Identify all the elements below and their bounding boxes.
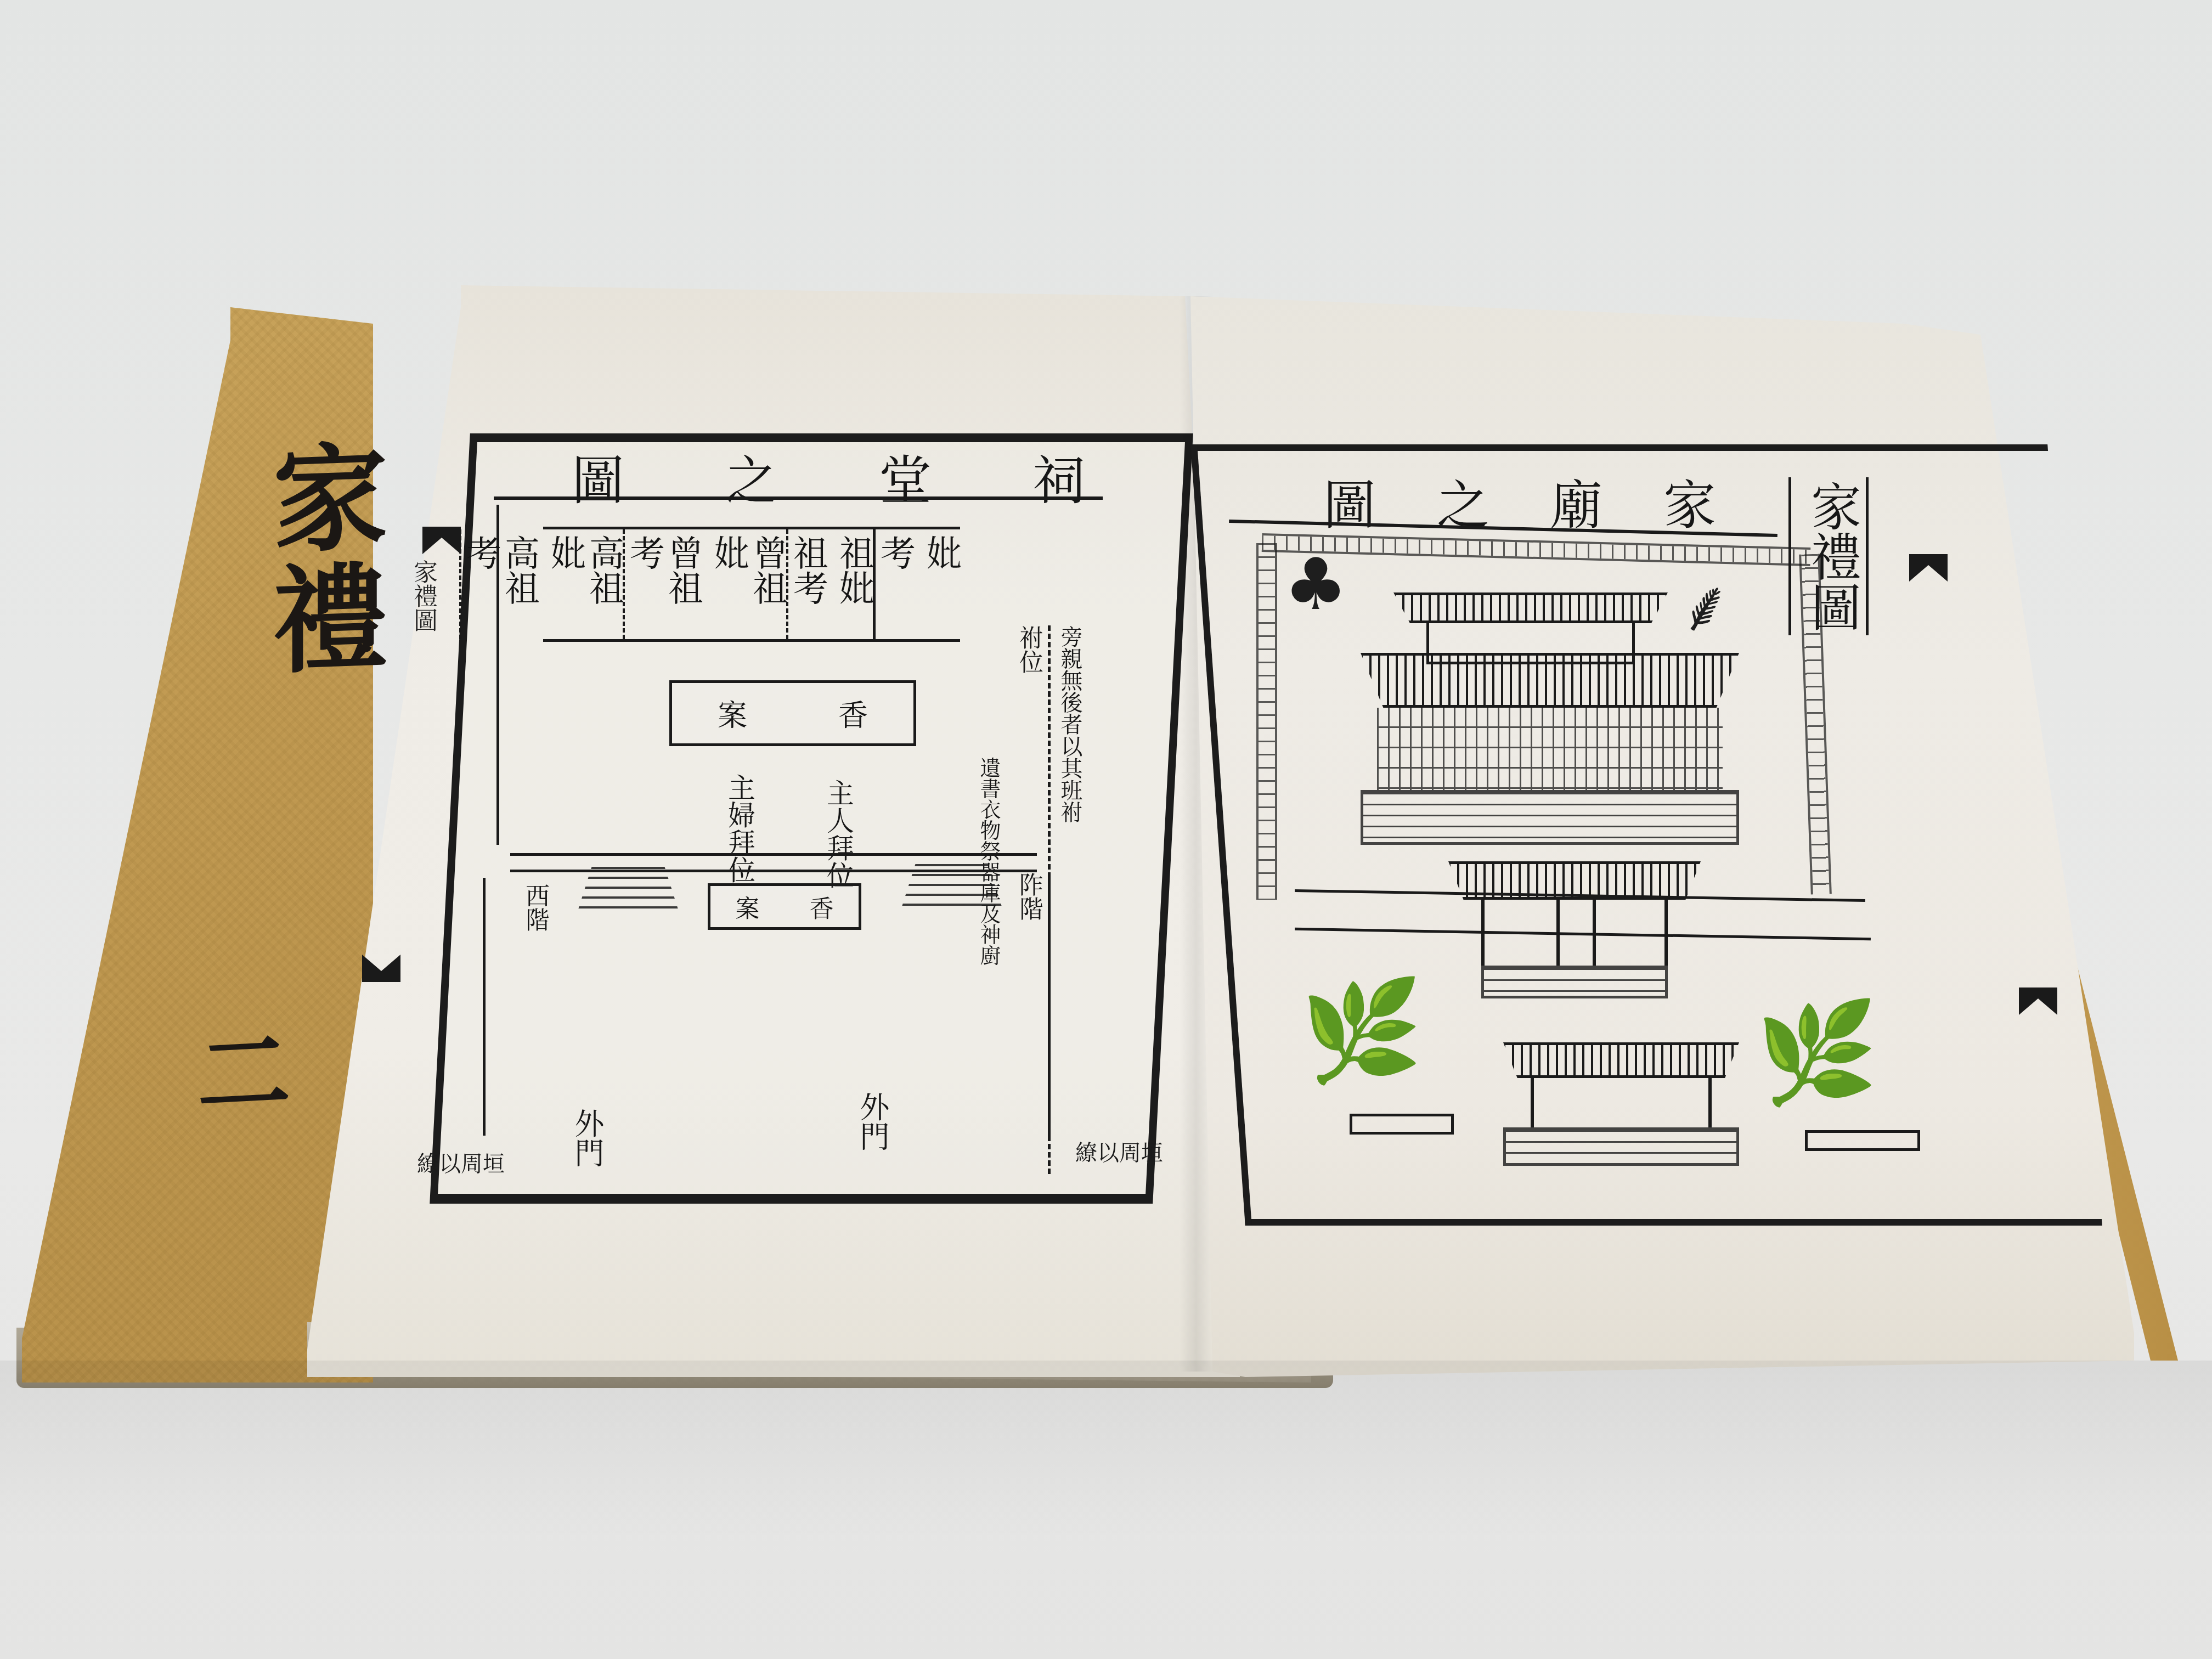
courtyard-right-wall (1048, 878, 1051, 1136)
ancestor-tablet-shelf: 妣 考 祖妣 祖考 曾祖妣 曾祖考 高祖妣 高祖考 (543, 527, 960, 642)
outer-gate-label: 外門 (856, 1092, 889, 1151)
left-page-title: 祠 堂 之 圖 (560, 439, 1097, 514)
left-margin-header: 家禮圖 (409, 560, 437, 632)
title-char: 祠 (1020, 439, 1097, 514)
tablet-great-grandparents: 曾祖妣 曾祖考 (623, 529, 786, 639)
title-char: 圖 (560, 439, 636, 514)
middle-gate-steps (1481, 966, 1668, 998)
middle-gate-drawing (1448, 861, 1701, 998)
outer-gate-roof (1503, 1042, 1739, 1078)
pine-tree-icon: ♣ (1284, 549, 1348, 620)
cover-title: 家禮 (241, 436, 384, 682)
bamboo-plant-icon: ⸙ (1679, 571, 1733, 642)
middle-gate-roof (1448, 861, 1701, 900)
title-char: 堂 (867, 439, 944, 514)
perimeter-wall-note-left: 繚以周垣 (417, 1147, 505, 1178)
outer-gate-drawing (1503, 1042, 1739, 1166)
perimeter-wall-note-right: 繚以周垣 (1075, 1136, 1163, 1167)
willow-tree-left-icon: 🌿 (1300, 982, 1423, 1081)
tablet-label: 祖考 (788, 535, 827, 639)
willow-planter-right (1805, 1130, 1920, 1151)
table-char: 案 (736, 889, 760, 924)
outer-gate-label: 外門 (571, 1108, 603, 1167)
gate-pillar (1556, 900, 1560, 966)
courtyard-left-wall (483, 878, 486, 1136)
main-hall-drawing (1361, 653, 1739, 845)
title-char: 之 (713, 439, 790, 514)
perimeter-wall-left (1256, 543, 1277, 900)
tablet-label: 高祖妣 (546, 535, 623, 639)
host-bow-position-label: 主人拜位 (823, 779, 854, 889)
gate-pillar (1593, 900, 1596, 966)
title-char: 圖 (1311, 464, 1388, 539)
tablet-parents: 妣 考 (873, 529, 960, 639)
main-hall-doors (1377, 708, 1723, 790)
west-steps-label: 西階 (521, 883, 549, 932)
title-char: 家 (1651, 464, 1728, 539)
table-char: 案 (718, 692, 747, 735)
willow-planter-left (1350, 1114, 1454, 1135)
table-shadow (0, 1361, 2212, 1659)
tablet-grandparents: 祖妣 祖考 (786, 529, 873, 639)
main-hall-roof (1361, 653, 1739, 708)
note-attached-relatives: 旁親無後者以其班祔 (1056, 625, 1084, 823)
table-char: 香 (838, 692, 868, 735)
tablet-great-great-grandparents: 高祖妣 高祖考 (459, 529, 623, 639)
east-steps-drawing (900, 864, 1004, 913)
main-hall-terrace (1361, 790, 1739, 845)
outer-gate-platform (1503, 1127, 1739, 1166)
note-attached-positions: 祔位 (1015, 625, 1042, 674)
willow-tree-right-icon: 🌿 (1756, 1004, 1878, 1103)
outer-gate-pillars (1531, 1078, 1712, 1127)
hall-floor-line (510, 853, 1037, 856)
upper-incense-table: 香 案 (669, 680, 916, 746)
tablet-label: 妣 (922, 535, 960, 639)
middle-gate-pillars (1481, 900, 1668, 966)
tablet-label: 考 (876, 535, 914, 639)
west-steps-drawing (576, 867, 680, 916)
cover-volume-number: 二 (198, 996, 291, 1136)
table-char: 香 (810, 889, 834, 924)
tablet-label: 曾祖考 (625, 535, 702, 639)
lower-incense-table: 香 案 (708, 883, 861, 930)
storage-note: 遺書衣物祭器庫及神廚 (977, 757, 1001, 966)
rear-hall-roof (1393, 592, 1668, 623)
tablet-label: 曾祖妣 (709, 535, 786, 639)
tablet-label: 高祖考 (461, 535, 538, 639)
tablet-label: 祖妣 (834, 535, 873, 639)
hostess-bow-position-label: 主婦拜位 (724, 774, 755, 883)
title-rule (494, 496, 1103, 500)
east-steps-label: 阼階 (1015, 872, 1042, 921)
